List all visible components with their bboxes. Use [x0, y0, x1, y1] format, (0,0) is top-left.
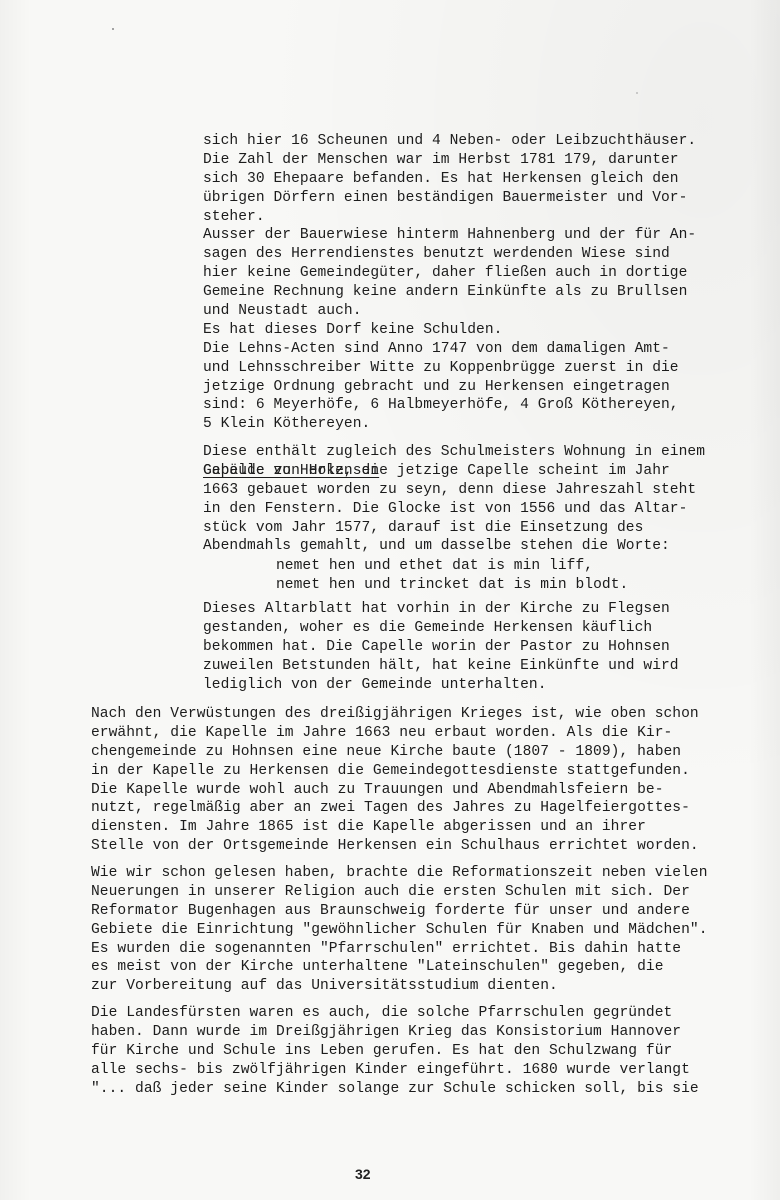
- text-line: gestanden, woher es die Gemeinde Herkens…: [203, 619, 673, 638]
- chapel-description-block: Diese enthält zugleich des Schulmeisters…: [203, 443, 673, 556]
- paragraph-reformation-schools: Wie wir schon gelesen haben, brachte die…: [91, 864, 731, 996]
- text-line: lediglich von der Gemeinde unterhalten.: [203, 676, 673, 695]
- text-line: diensten. Im Jahre 1865 ist die Kapelle …: [91, 818, 731, 837]
- text-line: Die Zahl der Menschen war im Herbst 1781…: [203, 151, 673, 170]
- text-line: Die Landesfürsten waren es auch, die sol…: [91, 1004, 731, 1023]
- text-line: sind: 6 Meyerhöfe, 6 Halbmeyerhöfe, 4 Gr…: [203, 396, 673, 415]
- text-line: sich 30 Ehepaare befanden. Es hat Herken…: [203, 170, 673, 189]
- text-line: Ausser der Bauerwiese hinterm Hahnenberg…: [203, 226, 673, 245]
- text-line: Gebiete die Einrichtung "gewöhnlicher Sc…: [91, 921, 731, 940]
- text-line: "... daß jeder seine Kinder solange zur …: [91, 1080, 731, 1099]
- text-line: Gebäude von Holz, die jetzige Capelle sc…: [203, 462, 673, 481]
- text-line: Es wurden die sogenannten "Pfarrschulen"…: [91, 940, 731, 959]
- altar-inscription-verse: nemet hen und ethet dat is min liff,neme…: [203, 557, 673, 595]
- text-line: bekommen hat. Die Capelle worin der Past…: [203, 638, 673, 657]
- document-page: sich hier 16 Scheunen und 4 Neben- oder …: [0, 0, 780, 1200]
- text-line: in der Kapelle zu Herkensen die Gemeinde…: [91, 762, 731, 781]
- text-line: Reformator Bugenhagen aus Braunschweig f…: [91, 902, 731, 921]
- text-line: chengemeinde zu Hohnsen eine neue Kirche…: [91, 743, 731, 762]
- paper-speck: [636, 92, 638, 94]
- text-line: hier keine Gemeindegüter, daher fließen …: [203, 264, 673, 283]
- text-line: jetzige Ordnung gebracht und zu Herkense…: [203, 378, 673, 397]
- text-line: es meist von der Kirche unterhaltene "La…: [91, 958, 731, 977]
- text-line: sagen des Herrendienstes benutzt werdend…: [203, 245, 673, 264]
- text-line: erwähnt, die Kapelle im Jahre 1663 neu e…: [91, 724, 731, 743]
- text-line: übrigen Dörfern einen beständigen Bauerm…: [203, 189, 673, 208]
- page-number: 32: [355, 1166, 371, 1182]
- text-line: steher.: [203, 208, 673, 227]
- paragraph-compulsory-schooling: Die Landesfürsten waren es auch, die sol…: [91, 1004, 731, 1098]
- text-line: und Neustadt auch.: [203, 302, 673, 321]
- text-line: Nach den Verwüstungen des dreißigjährige…: [91, 705, 731, 724]
- text-line: Gemeine Rechnung keine andern Einkünfte …: [203, 283, 673, 302]
- text-line: Neuerungen in unserer Religion auch die …: [91, 883, 731, 902]
- text-line: Wie wir schon gelesen haben, brachte die…: [91, 864, 731, 883]
- text-line: stück vom Jahr 1577, darauf ist die Eins…: [203, 519, 673, 538]
- text-line: Abendmahls gemahlt, und um dasselbe steh…: [203, 537, 673, 556]
- text-line: Diese enthält zugleich des Schulmeisters…: [203, 443, 673, 462]
- text-line: sich hier 16 Scheunen und 4 Neben- oder …: [203, 132, 673, 151]
- text-line: nutzt, regelmäßig aber an zwei Tagen des…: [91, 799, 731, 818]
- text-line: haben. Dann wurde im Dreißgjährigen Krie…: [91, 1023, 731, 1042]
- text-line: in den Fenstern. Die Glocke ist von 1556…: [203, 500, 673, 519]
- text-line: Dieses Altarblatt hat vorhin in der Kirc…: [203, 600, 673, 619]
- text-line: nemet hen und ethet dat is min liff,: [203, 557, 673, 576]
- altar-piece-block: Dieses Altarblatt hat vorhin in der Kirc…: [203, 600, 673, 694]
- text-line: zuweilen Betstunden hält, hat keine Eink…: [203, 657, 673, 676]
- text-line: Die Kapelle wurde wohl auch zu Trauungen…: [91, 781, 731, 800]
- text-line: Stelle von der Ortsgemeinde Herkensen ei…: [91, 837, 731, 856]
- text-line: alle sechs- bis zwölfjährigen Kinder ein…: [91, 1061, 731, 1080]
- text-line: Die Lehns-Acten sind Anno 1747 von dem d…: [203, 340, 673, 359]
- paper-speck: [112, 28, 114, 30]
- text-line: zur Vorbereitung auf das Universitätsstu…: [91, 977, 731, 996]
- quoted-record-block: sich hier 16 Scheunen und 4 Neben- oder …: [203, 132, 673, 434]
- text-line: Es hat dieses Dorf keine Schulden.: [203, 321, 673, 340]
- text-line: 1663 gebauet worden zu seyn, denn diese …: [203, 481, 673, 500]
- paragraph-chapel-history: Nach den Verwüstungen des dreißigjährige…: [91, 705, 731, 856]
- text-line: für Kirche und Schule ins Leben gerufen.…: [91, 1042, 731, 1061]
- text-line: und Lehnsschreiber Witte zu Koppenbrügge…: [203, 359, 673, 378]
- text-line: nemet hen und trincket dat is min blodt.: [203, 576, 673, 595]
